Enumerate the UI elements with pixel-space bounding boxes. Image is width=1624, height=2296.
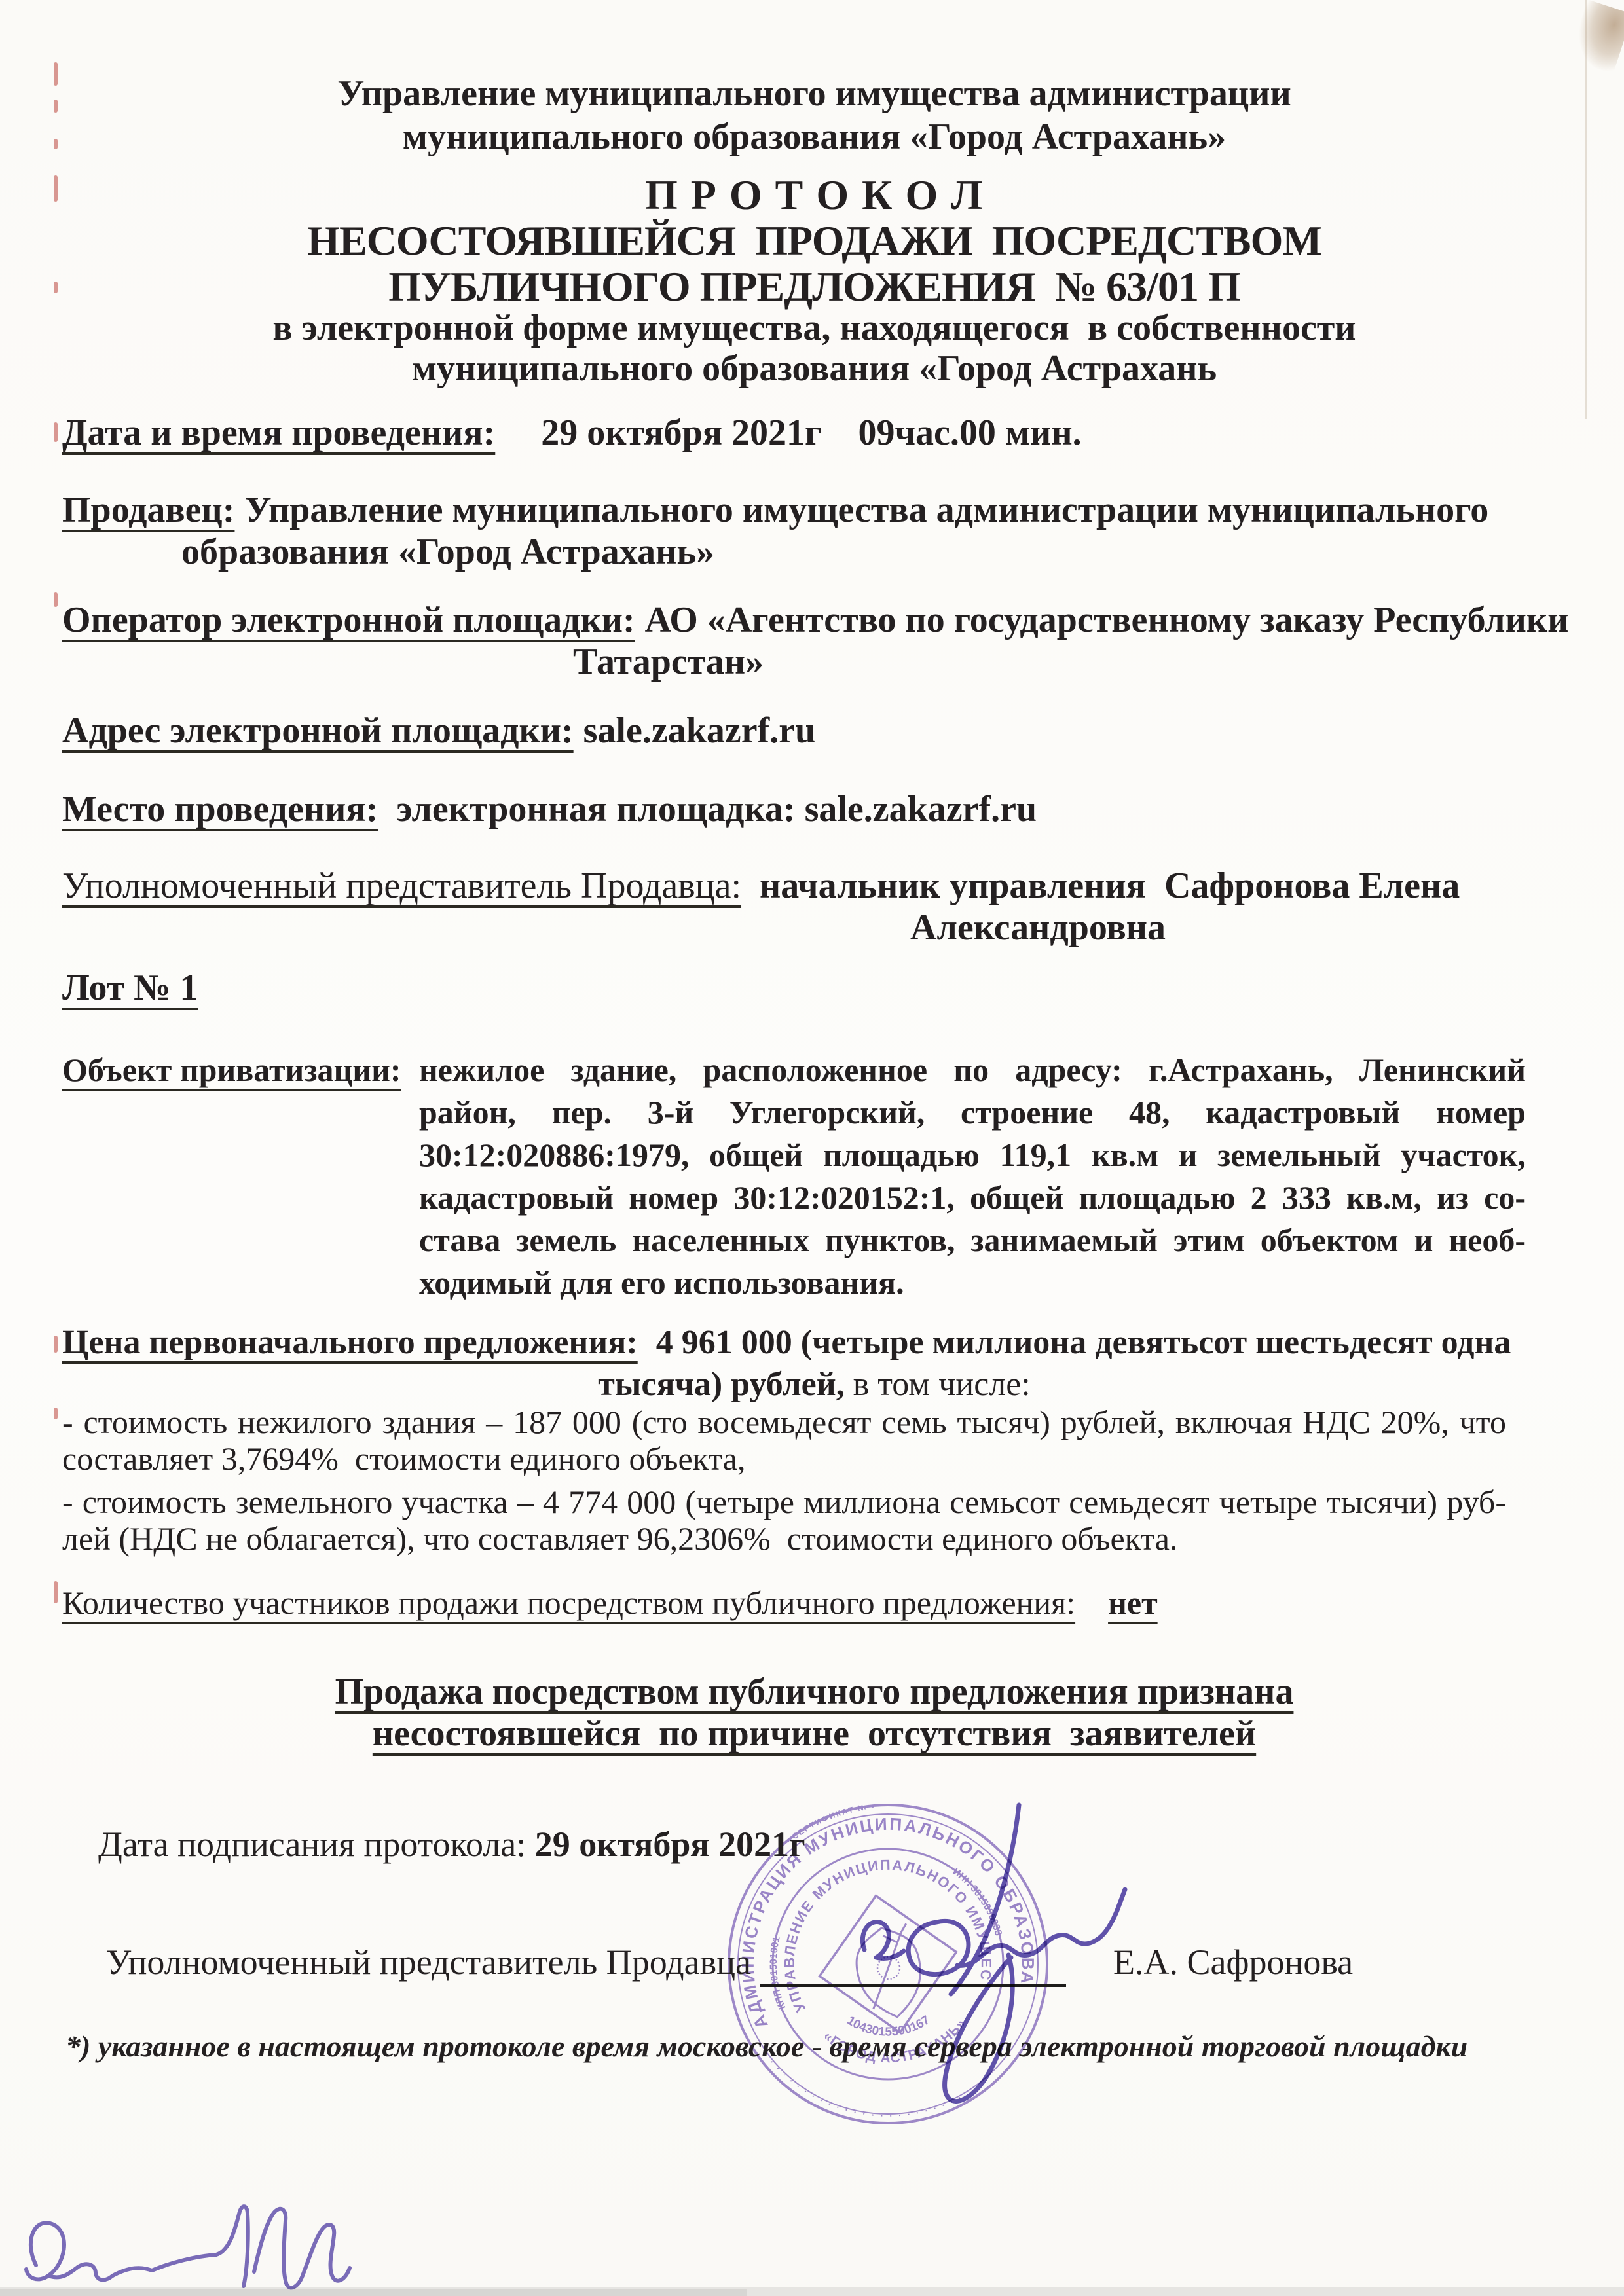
result-line2-wrap: несостоявшейся по причине отсутствия зая… [62, 1713, 1566, 1754]
participants-value: нет [1108, 1584, 1158, 1621]
field-operator-label: Оператор электронной площадки: [62, 600, 635, 640]
field-venue-value: электронная площадка: sale.zakazrf.ru [396, 789, 1037, 829]
scan-red-mark [54, 1581, 58, 1603]
field-operator: Оператор электронной площадки:АО «Агентс… [62, 600, 1568, 640]
field-representative-value-line1: начальник управления Сафронова Елена [760, 866, 1460, 906]
field-operator-value-line2: Татарстан» [573, 642, 764, 682]
object-line: кадастровый номер 30:12:020152:1, общей … [419, 1176, 1526, 1219]
object-line: район, пер. 3-й Углегорский, строение 48… [419, 1091, 1526, 1134]
signing-date-value: 29 октября 2021г [535, 1825, 805, 1864]
org-name-line2: муниципального образования «Город Астрах… [62, 117, 1566, 157]
field-datetime-value: 29 октября 2021г 09час.00 мин. [541, 412, 1081, 453]
field-venue: Место проведения:электронная площадка: s… [62, 789, 1037, 829]
signing-date-row: Дата подписания протокола: 29 октября 20… [98, 1825, 805, 1864]
field-address: Адрес электронной площадки:sale.zakazrf.… [62, 710, 815, 751]
stamp-diamond [807, 1884, 969, 2045]
field-representative-label: Уполномоченный представитель Продавца: [62, 866, 741, 906]
price-item2-line2: лей (НДС не облагается), что составляет … [62, 1520, 1506, 1557]
scan-red-mark [54, 1408, 58, 1419]
price-value-line2-bold: тысяча) рублей, [598, 1366, 844, 1403]
scan-red-mark [54, 100, 58, 113]
field-seller-label: Продавец: [62, 490, 234, 530]
scan-bottom-strip-dark [0, 2289, 747, 2296]
field-operator-value-line1: АО «Агентство по государственному заказу… [645, 600, 1569, 640]
scan-red-mark [54, 1336, 58, 1353]
footnote-text: *) указанное в настоящем протоколе время… [65, 2030, 1467, 2064]
field-datetime: Дата и время проведения:29 октября 2021г… [62, 412, 1082, 453]
participants-label: Количество участников продажи посредство… [62, 1584, 1075, 1621]
result-line2: несостоявшейся по причине отсутствия зая… [373, 1713, 1256, 1754]
scan-red-mark [54, 175, 58, 202]
price-item2-line1: - стоимость земельного участка – 4 774 0… [62, 1484, 1506, 1520]
signing-date-label: Дата подписания протокола: [98, 1825, 535, 1864]
participants-row: Количество участников продажи посредство… [62, 1584, 1158, 1621]
field-seller-value-line1: Управление муниципального имущества адми… [244, 490, 1488, 530]
scan-red-mark [54, 282, 58, 293]
field-representative: Уполномоченный представитель Продавца:на… [62, 866, 1460, 906]
signature-rep-label: Уполномоченный представитель Продавца [106, 1942, 751, 1982]
field-venue-label: Место проведения: [62, 789, 378, 829]
price-row: Цена первоначального предложения:4 961 0… [62, 1324, 1511, 1362]
field-seller: Продавец:Управление муниципального имуще… [62, 490, 1488, 530]
object-label: Объект приватизации: [62, 1051, 401, 1088]
doc-title-line4: в электронной форме имущества, находящег… [62, 308, 1566, 348]
price-item1: - стоимость нежилого здания – 187 000 (с… [62, 1404, 1506, 1477]
object-description: нежилое здание, расположенное по адресу:… [419, 1049, 1526, 1304]
field-representative-value-line2: Александровна [910, 907, 1166, 948]
scan-red-mark [54, 592, 58, 607]
price-item2: - стоимость земельного участка – 4 774 0… [62, 1484, 1506, 1557]
field-seller-value-line2: образования «Город Астрахань» [181, 532, 714, 572]
org-name-line1: Управление муниципального имущества адми… [62, 73, 1566, 114]
scan-corner-smudge [1568, 0, 1624, 74]
scan-red-mark [54, 422, 58, 442]
signature-line [760, 1984, 1066, 1987]
scanned-protocol-page: Управление муниципального имущества адми… [0, 0, 1624, 2296]
signature-rep-name: Е.А. Сафронова [1113, 1942, 1353, 1982]
object-line: нежилое здание, расположенное по адресу:… [419, 1049, 1526, 1091]
price-item1-line2: составляет 3,7694% стоимости единого объ… [62, 1440, 1506, 1477]
price-value-line2-rest: в том числе: [845, 1366, 1031, 1403]
field-address-label: Адрес электронной площадки: [62, 710, 574, 751]
object-line: 30:12:020886:1979, общей площадью 119,1 … [419, 1134, 1526, 1176]
result-line1: Продажа посредством публичного предложен… [335, 1671, 1294, 1712]
lot-title: Лот № 1 [62, 968, 198, 1008]
field-datetime-label: Дата и время проведения: [62, 412, 495, 453]
doc-title-line2: НЕСОСТОЯВШЕЙСЯ ПРОДАЖИ ПОСРЕДСТВОМ [62, 219, 1566, 263]
object-line: ходимый для его использования. [419, 1262, 1526, 1304]
doc-title-line3: ПУБЛИЧНОГО ПРЕДЛОЖЕНИЯ № 63/01 П [62, 264, 1566, 309]
price-value-line1: 4 961 000 (четыре миллиона девятьсот шес… [656, 1324, 1511, 1361]
result-line1-wrap: Продажа посредством публичного предложен… [62, 1671, 1566, 1712]
doc-title-line5: муниципального образования «Город Астрах… [62, 348, 1566, 389]
handwritten-note [26, 2206, 350, 2287]
scan-red-mark [54, 139, 58, 149]
field-address-value: sale.zakazrf.ru [583, 710, 816, 751]
scan-red-mark [54, 62, 58, 86]
doc-title-line1: П Р О Т О К О Л [62, 173, 1566, 217]
object-line: става земель населенных пунктов, занимае… [419, 1219, 1526, 1262]
price-label: Цена первоначального предложения: [62, 1324, 638, 1361]
price-item1-line1: - стоимость нежилого здания – 187 000 (с… [62, 1404, 1506, 1440]
price-row-line2: тысяча) рублей, в том числе: [62, 1366, 1566, 1404]
